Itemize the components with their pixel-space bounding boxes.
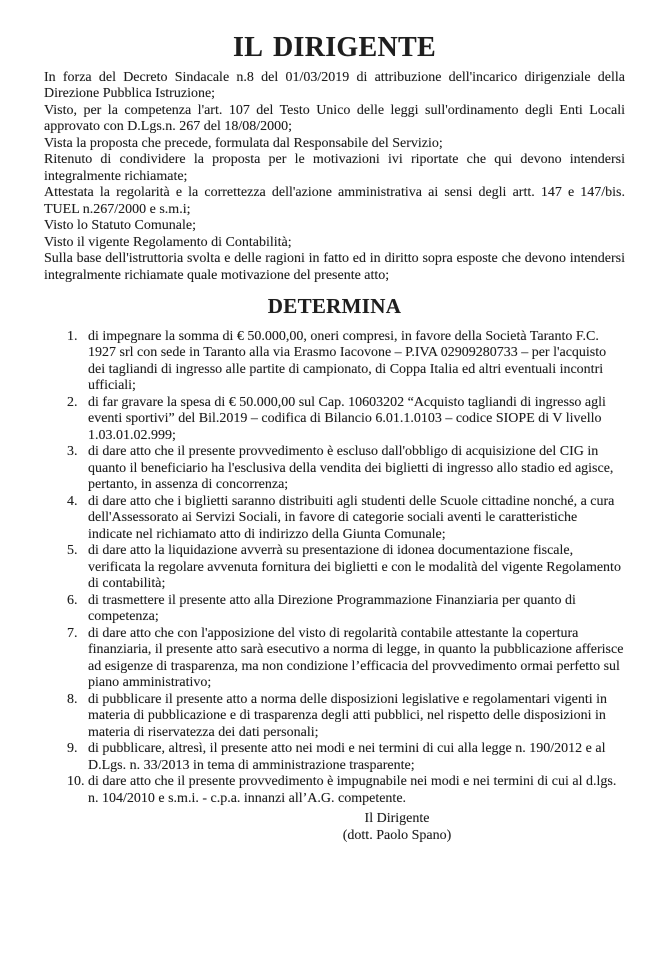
- determina-item-2: 2. di far gravare la spesa di € 50.000,0…: [44, 395, 625, 445]
- item-text: di pubblicare, altresì, il presente atto…: [88, 741, 605, 773]
- item-number: 1.: [67, 329, 78, 346]
- preamble-paragraph: Visto il vigente Regolamento di Contabil…: [44, 235, 625, 252]
- determina-item-7: 7. di dare atto che con l'apposizione de…: [44, 626, 625, 692]
- determina-item-8: 8. di pubblicare il presente atto a norm…: [44, 692, 625, 742]
- item-text: di pubblicare il presente atto a norma d…: [88, 692, 607, 740]
- item-text: di trasmettere il presente atto alla Dir…: [88, 593, 576, 625]
- determina-item-4: 4. di dare atto che i biglietti saranno …: [44, 494, 625, 544]
- item-text: di dare atto la liquidazione avverrà su …: [88, 543, 621, 591]
- preamble-paragraph: Attestata la regolarità e la correttezza…: [44, 185, 625, 218]
- determina-item-1: 1. di impegnare la somma di € 50.000,00,…: [44, 329, 625, 395]
- determina-heading: DETERMINA: [44, 298, 625, 315]
- signature-block: Il Dirigente (dott. Paolo Spano): [292, 811, 502, 844]
- item-text: di far gravare la spesa di € 50.000,00 s…: [88, 395, 606, 443]
- determina-item-9: 9. di pubblicare, altresì, il presente a…: [44, 741, 625, 774]
- determina-item-5: 5. di dare atto la liquidazione avverrà …: [44, 543, 625, 593]
- item-number: 6.: [67, 593, 78, 610]
- determina-list: 1. di impegnare la somma di € 50.000,00,…: [44, 329, 625, 808]
- determina-item-10: 10. di dare atto che il presente provved…: [44, 774, 625, 807]
- item-number: 3.: [67, 444, 78, 461]
- item-number: 10.: [67, 774, 85, 791]
- item-number: 2.: [67, 395, 78, 412]
- signature-name: (dott. Paolo Spano): [292, 828, 502, 845]
- item-number: 9.: [67, 741, 78, 758]
- preamble-paragraph: Sulla base dell'istruttoria svolta e del…: [44, 251, 625, 284]
- signature-role: Il Dirigente: [292, 811, 502, 828]
- determina-item-3: 3. di dare atto che il presente provvedi…: [44, 444, 625, 494]
- preamble-paragraph: Visto lo Statuto Comunale;: [44, 218, 625, 235]
- preamble-section: In forza del Decreto Sindacale n.8 del 0…: [44, 70, 625, 285]
- preamble-paragraph: Visto, per la competenza l'art. 107 del …: [44, 103, 625, 136]
- item-number: 7.: [67, 626, 78, 643]
- item-text: di dare atto che il presente provvedimen…: [88, 774, 616, 806]
- item-text: di dare atto che con l'apposizione del v…: [88, 626, 623, 691]
- document-title: IL DIRIGENTE: [44, 40, 625, 57]
- preamble-paragraph: In forza del Decreto Sindacale n.8 del 0…: [44, 70, 625, 103]
- item-number: 4.: [67, 494, 78, 511]
- item-text: di impegnare la somma di € 50.000,00, on…: [88, 329, 606, 394]
- item-number: 5.: [67, 543, 78, 560]
- item-number: 8.: [67, 692, 78, 709]
- preamble-paragraph: Ritenuto di condividere la proposta per …: [44, 152, 625, 185]
- item-text: di dare atto che il presente provvedimen…: [88, 444, 613, 492]
- item-text: di dare atto che i biglietti saranno dis…: [88, 494, 614, 542]
- preamble-paragraph: Vista la proposta che precede, formulata…: [44, 136, 625, 153]
- document-page: IL DIRIGENTE In forza del Decreto Sindac…: [0, 0, 668, 960]
- determina-item-6: 6. di trasmettere il presente atto alla …: [44, 593, 625, 626]
